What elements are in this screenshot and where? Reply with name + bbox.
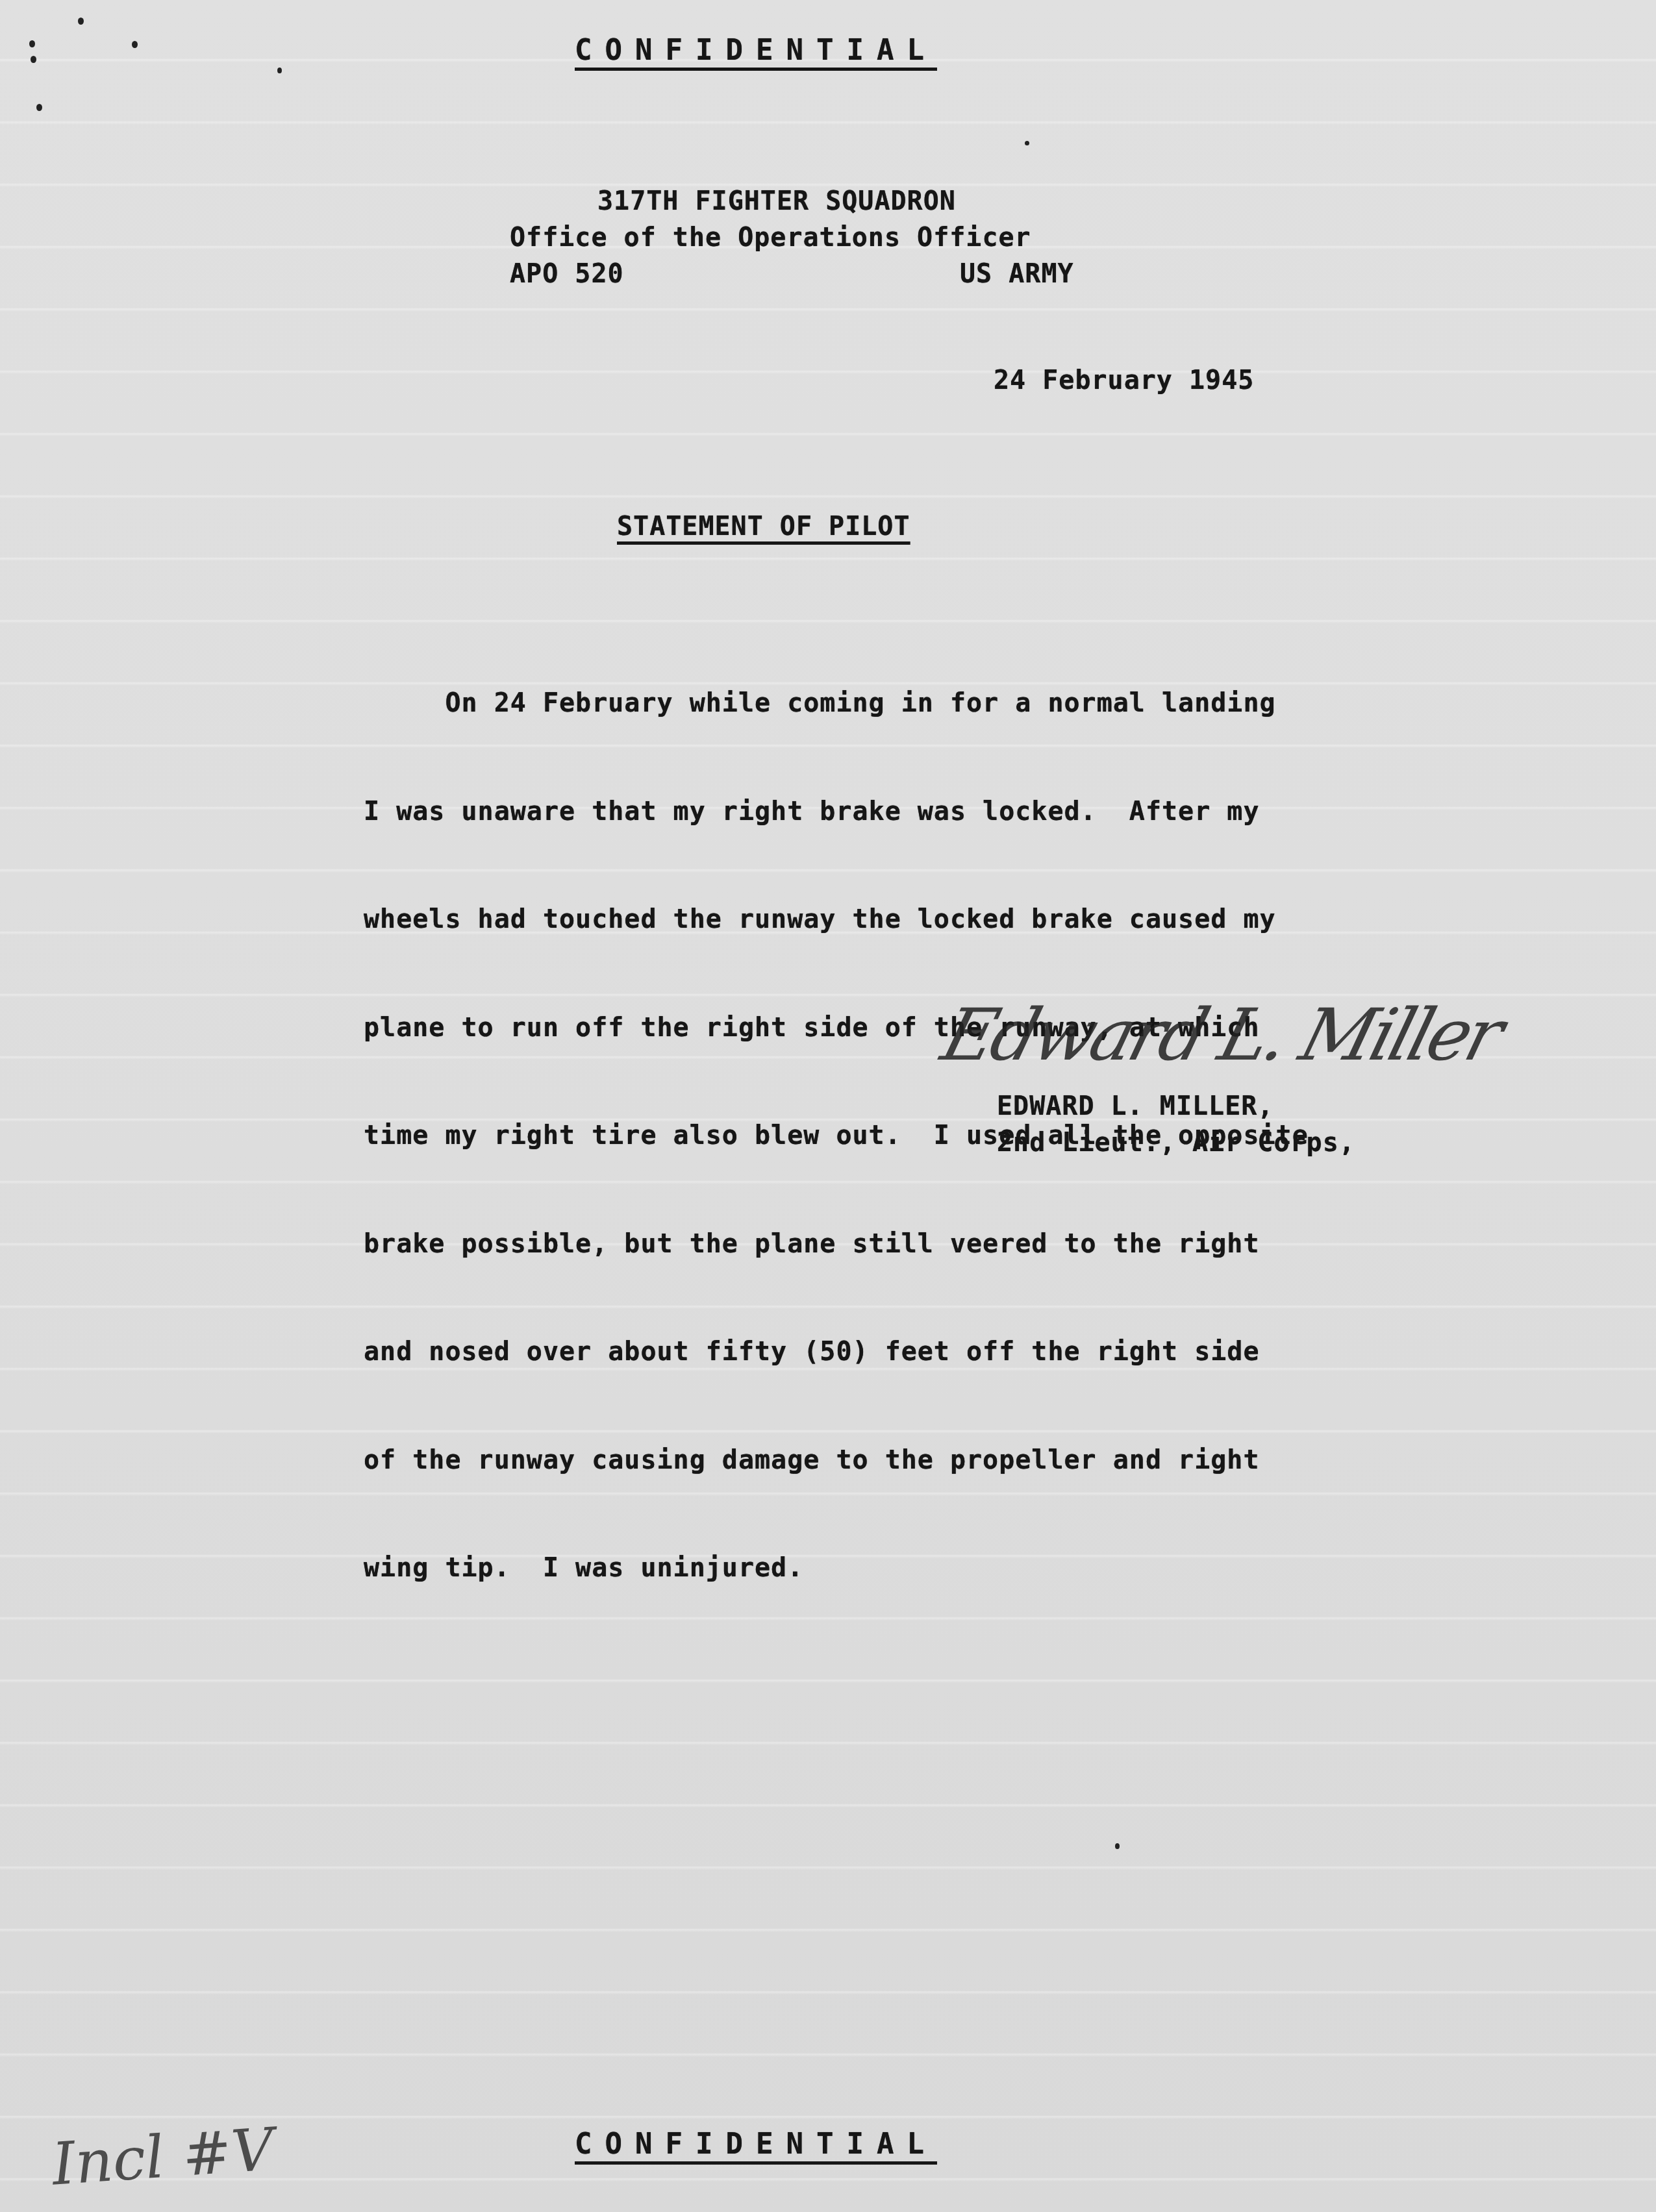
statement-line: and nosed over about fifty (50) feet off…: [364, 1334, 1309, 1371]
bottom-classification-marking: CONFIDENTIAL: [575, 2126, 937, 2163]
letterhead-branch: US ARMY: [960, 256, 1074, 292]
ink-speck: [132, 41, 138, 48]
letterhead-unit: 317TH FIGHTER SQUADRON: [597, 183, 956, 219]
statement-line: brake possible, but the plane still veer…: [364, 1226, 1309, 1263]
ink-speck: [31, 56, 36, 63]
document-title: STATEMENT OF PILOT: [617, 508, 910, 545]
ink-speck: [1025, 141, 1029, 145]
ink-speck: [36, 104, 42, 111]
statement-line: wing tip. I was uninjured.: [364, 1550, 1309, 1587]
top-classification-marking: CONFIDENTIAL: [575, 32, 937, 69]
letterhead-apo: APO 520: [510, 256, 624, 292]
handwritten-signature: Edward L. Miller: [934, 993, 1509, 1076]
letterhead-office: Office of the Operations Officer: [510, 219, 1031, 256]
ink-speck: [277, 68, 282, 73]
signatory-name: EDWARD L. MILLER,: [997, 1088, 1273, 1125]
statement-line: wheels had touched the runway the locked…: [364, 902, 1309, 938]
statement-line: On 24 February while coming in for a nor…: [364, 686, 1309, 722]
ink-speck: [78, 18, 84, 25]
statement-line: of the runway causing damage to the prop…: [364, 1443, 1309, 1479]
statement-line: I was unaware that my right brake was lo…: [364, 794, 1309, 830]
ink-speck: [1115, 1843, 1120, 1849]
document-date: 24 February 1945: [994, 362, 1254, 399]
signatory-rank: 2nd Lieut., Air Corps,: [997, 1125, 1355, 1161]
ink-speck: [29, 40, 35, 47]
